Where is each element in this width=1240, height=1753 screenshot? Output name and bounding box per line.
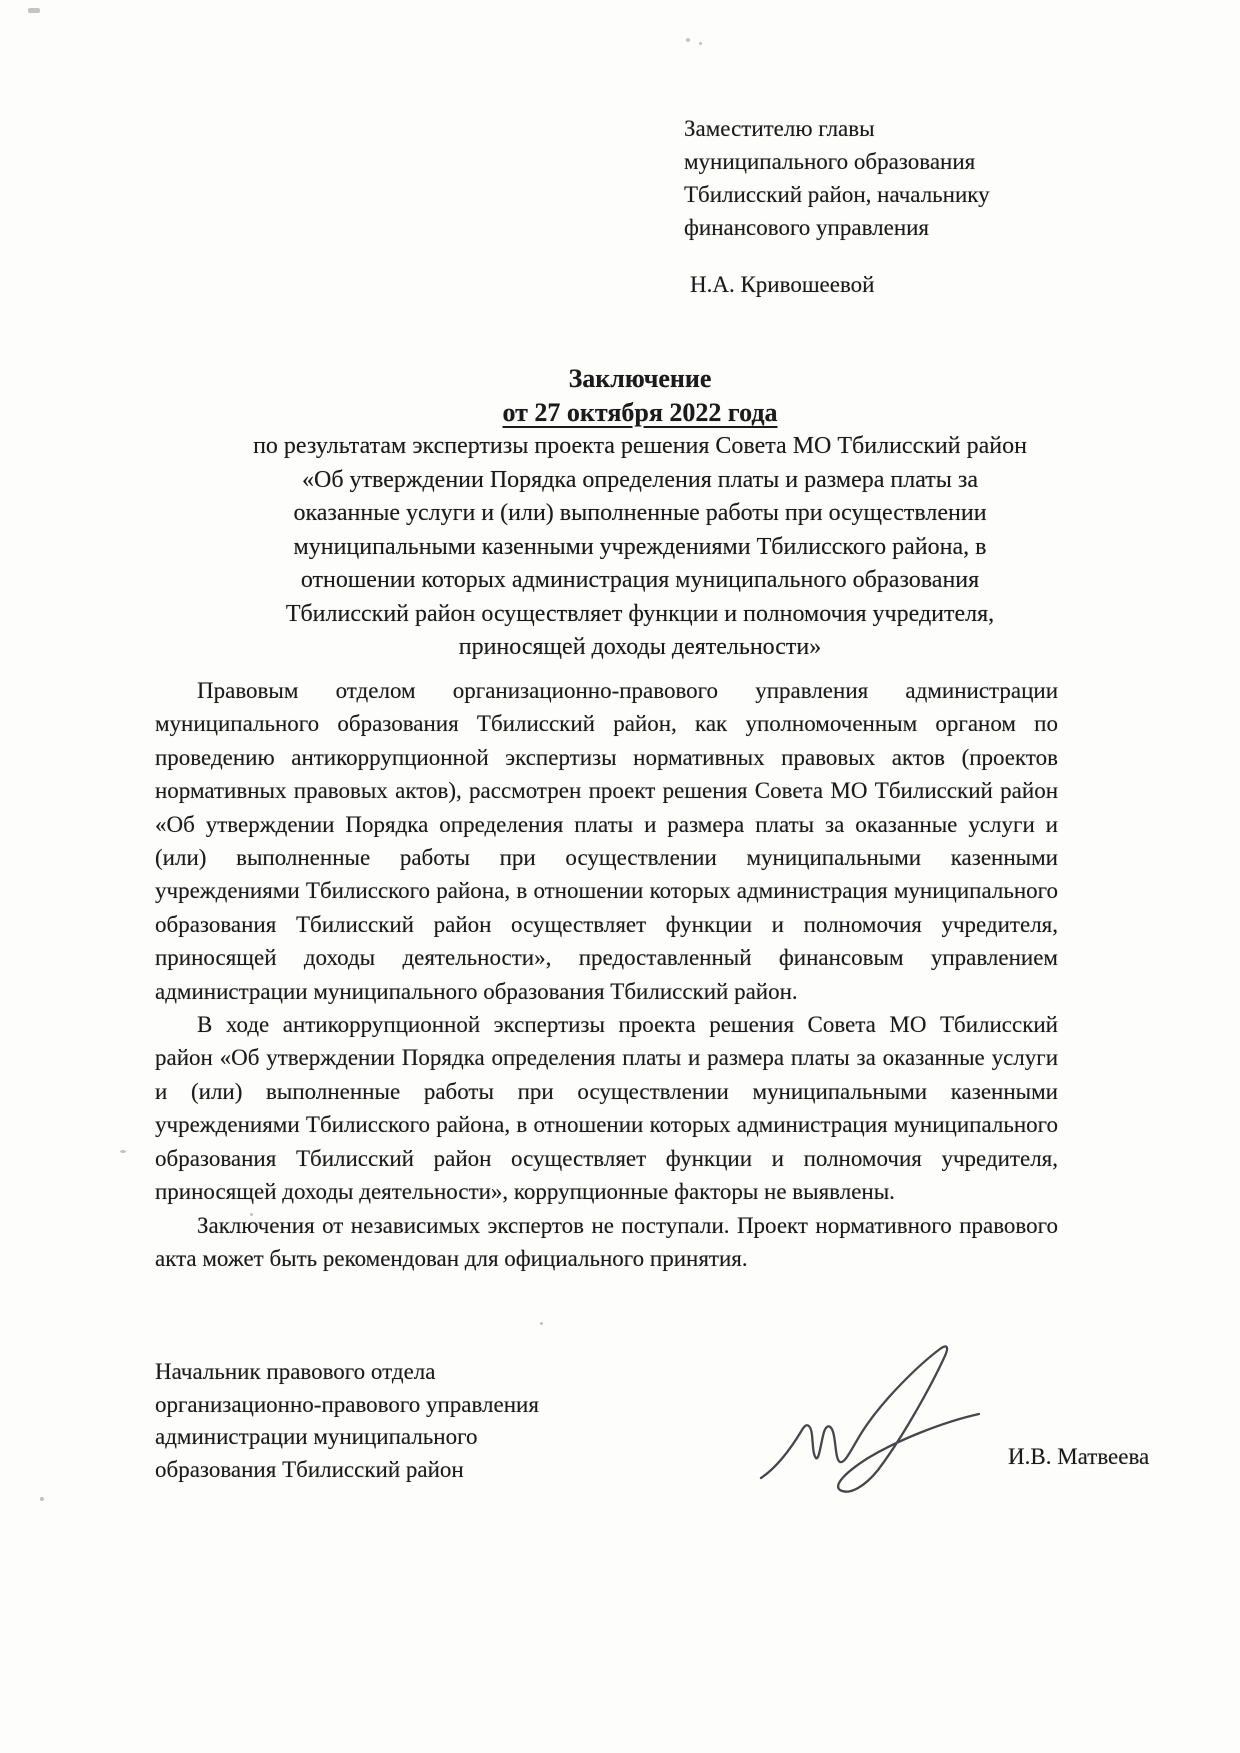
handwritten-signature-icon: [728, 1320, 998, 1515]
title-subtitle-line: муниципальными казенными учреждениями Тб…: [190, 531, 1090, 565]
scan-speckle: [120, 1150, 126, 1153]
address-line: муниципального образования: [684, 145, 990, 178]
signature-position-line: образования Тбилисский район: [155, 1454, 539, 1487]
title-subtitle-line: Тбилисский район осуществляет функции и …: [190, 598, 1090, 632]
body-paragraph: Правовым отделом организационно-правовог…: [155, 674, 1058, 1008]
scanned-document-page: Заместителю главы муниципального образов…: [0, 0, 1240, 1753]
body-paragraph: В ходе антикоррупционной экспертизы прое…: [155, 1008, 1058, 1208]
signature-position-line: Начальник правового отдела: [155, 1356, 539, 1389]
title-subtitle-line: оказанные услуги и (или) выполненные раб…: [190, 497, 1090, 531]
document-body: Правовым отделом организационно-правовог…: [155, 674, 1058, 1275]
scan-speckle: [540, 1322, 543, 1325]
address-line: финансового управления: [684, 211, 990, 244]
title-subtitle-line: по результатам экспертизы проекта решени…: [190, 430, 1090, 464]
title-subtitle-line: отношении которых администрация муниципа…: [190, 564, 1090, 598]
signature-block: Начальник правового отдела организационн…: [155, 1356, 539, 1486]
signature-position-line: организационно-правового управления: [155, 1389, 539, 1422]
document-date: от 27 октября 2022 года: [190, 396, 1090, 430]
document-title: Заключение: [190, 362, 1090, 396]
signature-position-line: администрации муниципального: [155, 1421, 539, 1454]
addressee-name: Н.А. Кривошеевой: [690, 268, 874, 301]
scan-speckle: [40, 1497, 44, 1501]
scan-speckle: [686, 38, 690, 42]
title-subtitle-line: приносящей доходы деятельности»: [190, 631, 1090, 665]
address-line: Тбилисский район, начальнику: [684, 178, 990, 211]
scan-speckle: [699, 42, 702, 45]
address-block: Заместителю главы муниципального образов…: [684, 112, 990, 244]
address-line: Заместителю главы: [684, 112, 990, 145]
body-paragraph: Заключения от независимых экспертов не п…: [155, 1209, 1058, 1276]
signer-name: И.В. Матвеева: [1008, 1444, 1149, 1470]
document-title-block: Заключение от 27 октября 2022 года по ре…: [190, 362, 1090, 665]
scan-speckle: [28, 8, 40, 13]
title-subtitle-line: «Об утверждении Порядка определения плат…: [190, 464, 1090, 498]
